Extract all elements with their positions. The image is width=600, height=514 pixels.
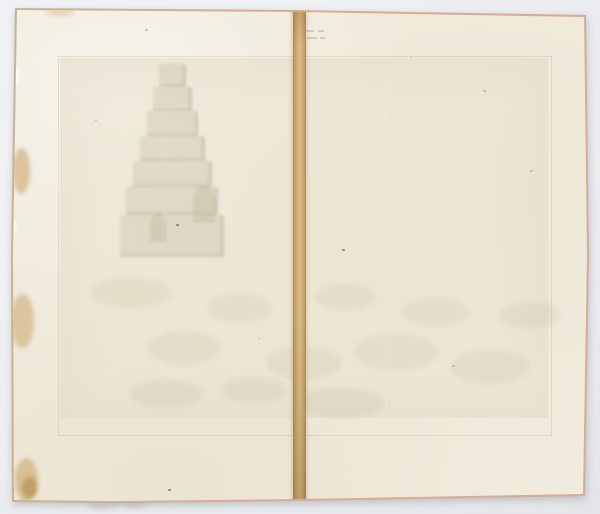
foxing-stain xyxy=(11,294,34,348)
tower-arch-shadow xyxy=(193,185,215,223)
photo-stage xyxy=(0,0,600,514)
pencil-dash xyxy=(306,30,314,32)
foxing-stain xyxy=(13,148,30,194)
paper-speck xyxy=(410,57,412,58)
paper-speck xyxy=(530,170,533,172)
fold-crease xyxy=(386,16,388,499)
print-sheet-shadow xyxy=(0,0,600,514)
paper-speck xyxy=(483,90,486,92)
paper-speck xyxy=(168,489,171,491)
tower-tier xyxy=(153,87,192,111)
foxing-stain xyxy=(22,477,37,498)
paper-speck xyxy=(145,29,148,31)
paper-speck xyxy=(95,120,97,121)
pencil-dash xyxy=(320,37,325,39)
paper-speck xyxy=(258,338,260,339)
paper-speck xyxy=(452,365,455,367)
binding-tape-strip xyxy=(293,10,306,502)
tower-tier xyxy=(133,161,212,187)
print-sheet xyxy=(0,0,600,514)
paper-speck xyxy=(342,249,345,251)
pencil-dash xyxy=(318,30,324,32)
pencil-dash xyxy=(307,37,317,39)
tower-tier xyxy=(147,111,198,136)
paper-speck xyxy=(176,224,179,226)
fold-crease xyxy=(162,60,164,500)
tower-tier xyxy=(140,136,205,161)
